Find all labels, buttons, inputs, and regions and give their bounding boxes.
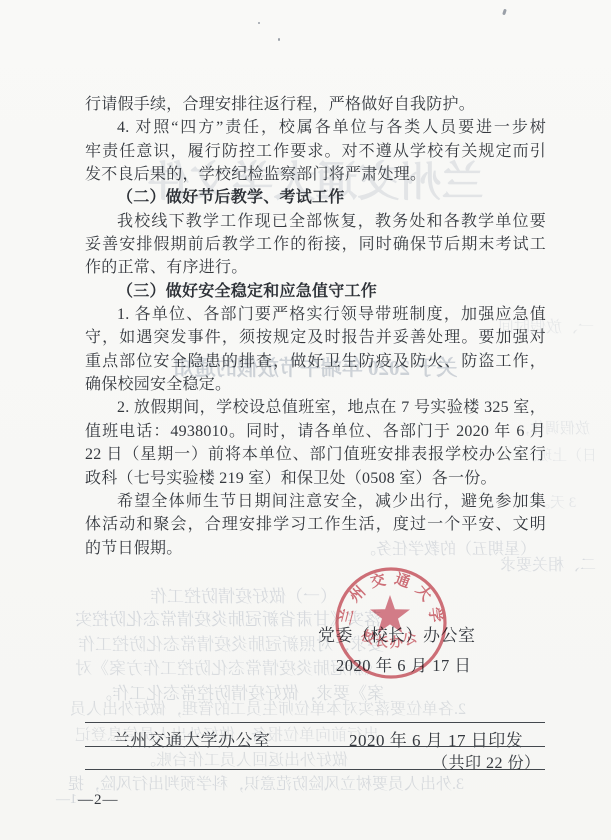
body-line: 我校线下教学工作现已全部恢复，教务处和各教学单位要	[85, 210, 546, 233]
body-line: 希望全体师生节日期间注意安全，减少出行，避免参加集	[85, 490, 546, 513]
footer-rule-bottom	[85, 769, 545, 770]
body-line: 22 日（星期一）前将本单位、部门值班安排表报学校办公室行	[85, 443, 546, 466]
seal-star-icon	[370, 595, 410, 633]
official-seal: 兰州交通大学 校长办公室	[334, 566, 448, 680]
bleedthrough-text: 3.外出人员要树立风险防范意识，科学预判出行风险，提	[68, 775, 464, 794]
document-body-text: 行请假手续，合理安排往返行程，严格做好自我防护。4. 对照“四方”责任，校属各单…	[85, 93, 546, 560]
body-line: 确保校园安全稳定。	[85, 373, 546, 396]
body-line: 值班电话：4938010。同时，请各单位、各部门于 2020 年 6 月	[85, 420, 546, 443]
scanned-document-page: 兰州交通大学文件关于 2020 年端午节放假的通知一、放假时间放假调休，日）上班…	[0, 0, 611, 840]
body-line: 守，如遇突发事件，须按规定及时报告并妥善处理。要加强对	[85, 326, 546, 349]
body-line: 2. 放假期间，学校设总值班室，地点在 7 号实验楼 325 室，	[85, 396, 546, 419]
footer-rule-top	[85, 722, 545, 723]
body-line: 4. 对照“四方”责任，校属各单位与各类人员要进一步树	[85, 116, 546, 139]
page-number: —2—	[78, 792, 119, 809]
bleedthrough-text: 做好外出返回人员工作台账。	[140, 751, 348, 770]
section-heading: （二）做好节后教学、考试工作	[85, 186, 546, 209]
paper-speck	[258, 22, 260, 24]
body-line: 政科（七号实验楼 219 室）和保卫处（0508 室）各一份。	[85, 467, 546, 490]
body-line: 重点部位安全隐患的排查，做好卫生防疫及防火、防盗工作，	[85, 350, 546, 373]
body-line: 作的正常、有序进行。	[85, 256, 546, 279]
body-line: 1. 各单位、各部门要严格实行领导带班制度，加强应急值	[85, 303, 546, 326]
section-heading: （三）做好安全稳定和应急值守工作	[85, 280, 546, 303]
body-line: 发不良后果的，学校纪检监察部门将严肃处理。	[85, 163, 546, 186]
bleedthrough-text: （一）做好疫情防控工作	[150, 587, 337, 607]
body-line: 的节日假期。	[85, 537, 546, 560]
body-line: 妥善安排假期前后教学工作的衔接，同时确保节后期末考试工	[85, 233, 546, 256]
body-line: 行请假手续，合理安排往返行程，严格做好自我防护。	[85, 93, 546, 116]
bleedthrough-text: 2.各单位要落实对本单位师生员工的管理，做好外出人员	[70, 700, 466, 719]
paper-speck	[278, 38, 280, 41]
body-line: 牢责任意识，履行防控工作要求。对不遵从学校有关规定而引	[85, 140, 546, 163]
footer-rule-middle	[85, 746, 545, 747]
body-line: 体活动和聚会，合理安排学习工作生活，度过一个平安、文明	[85, 513, 546, 536]
